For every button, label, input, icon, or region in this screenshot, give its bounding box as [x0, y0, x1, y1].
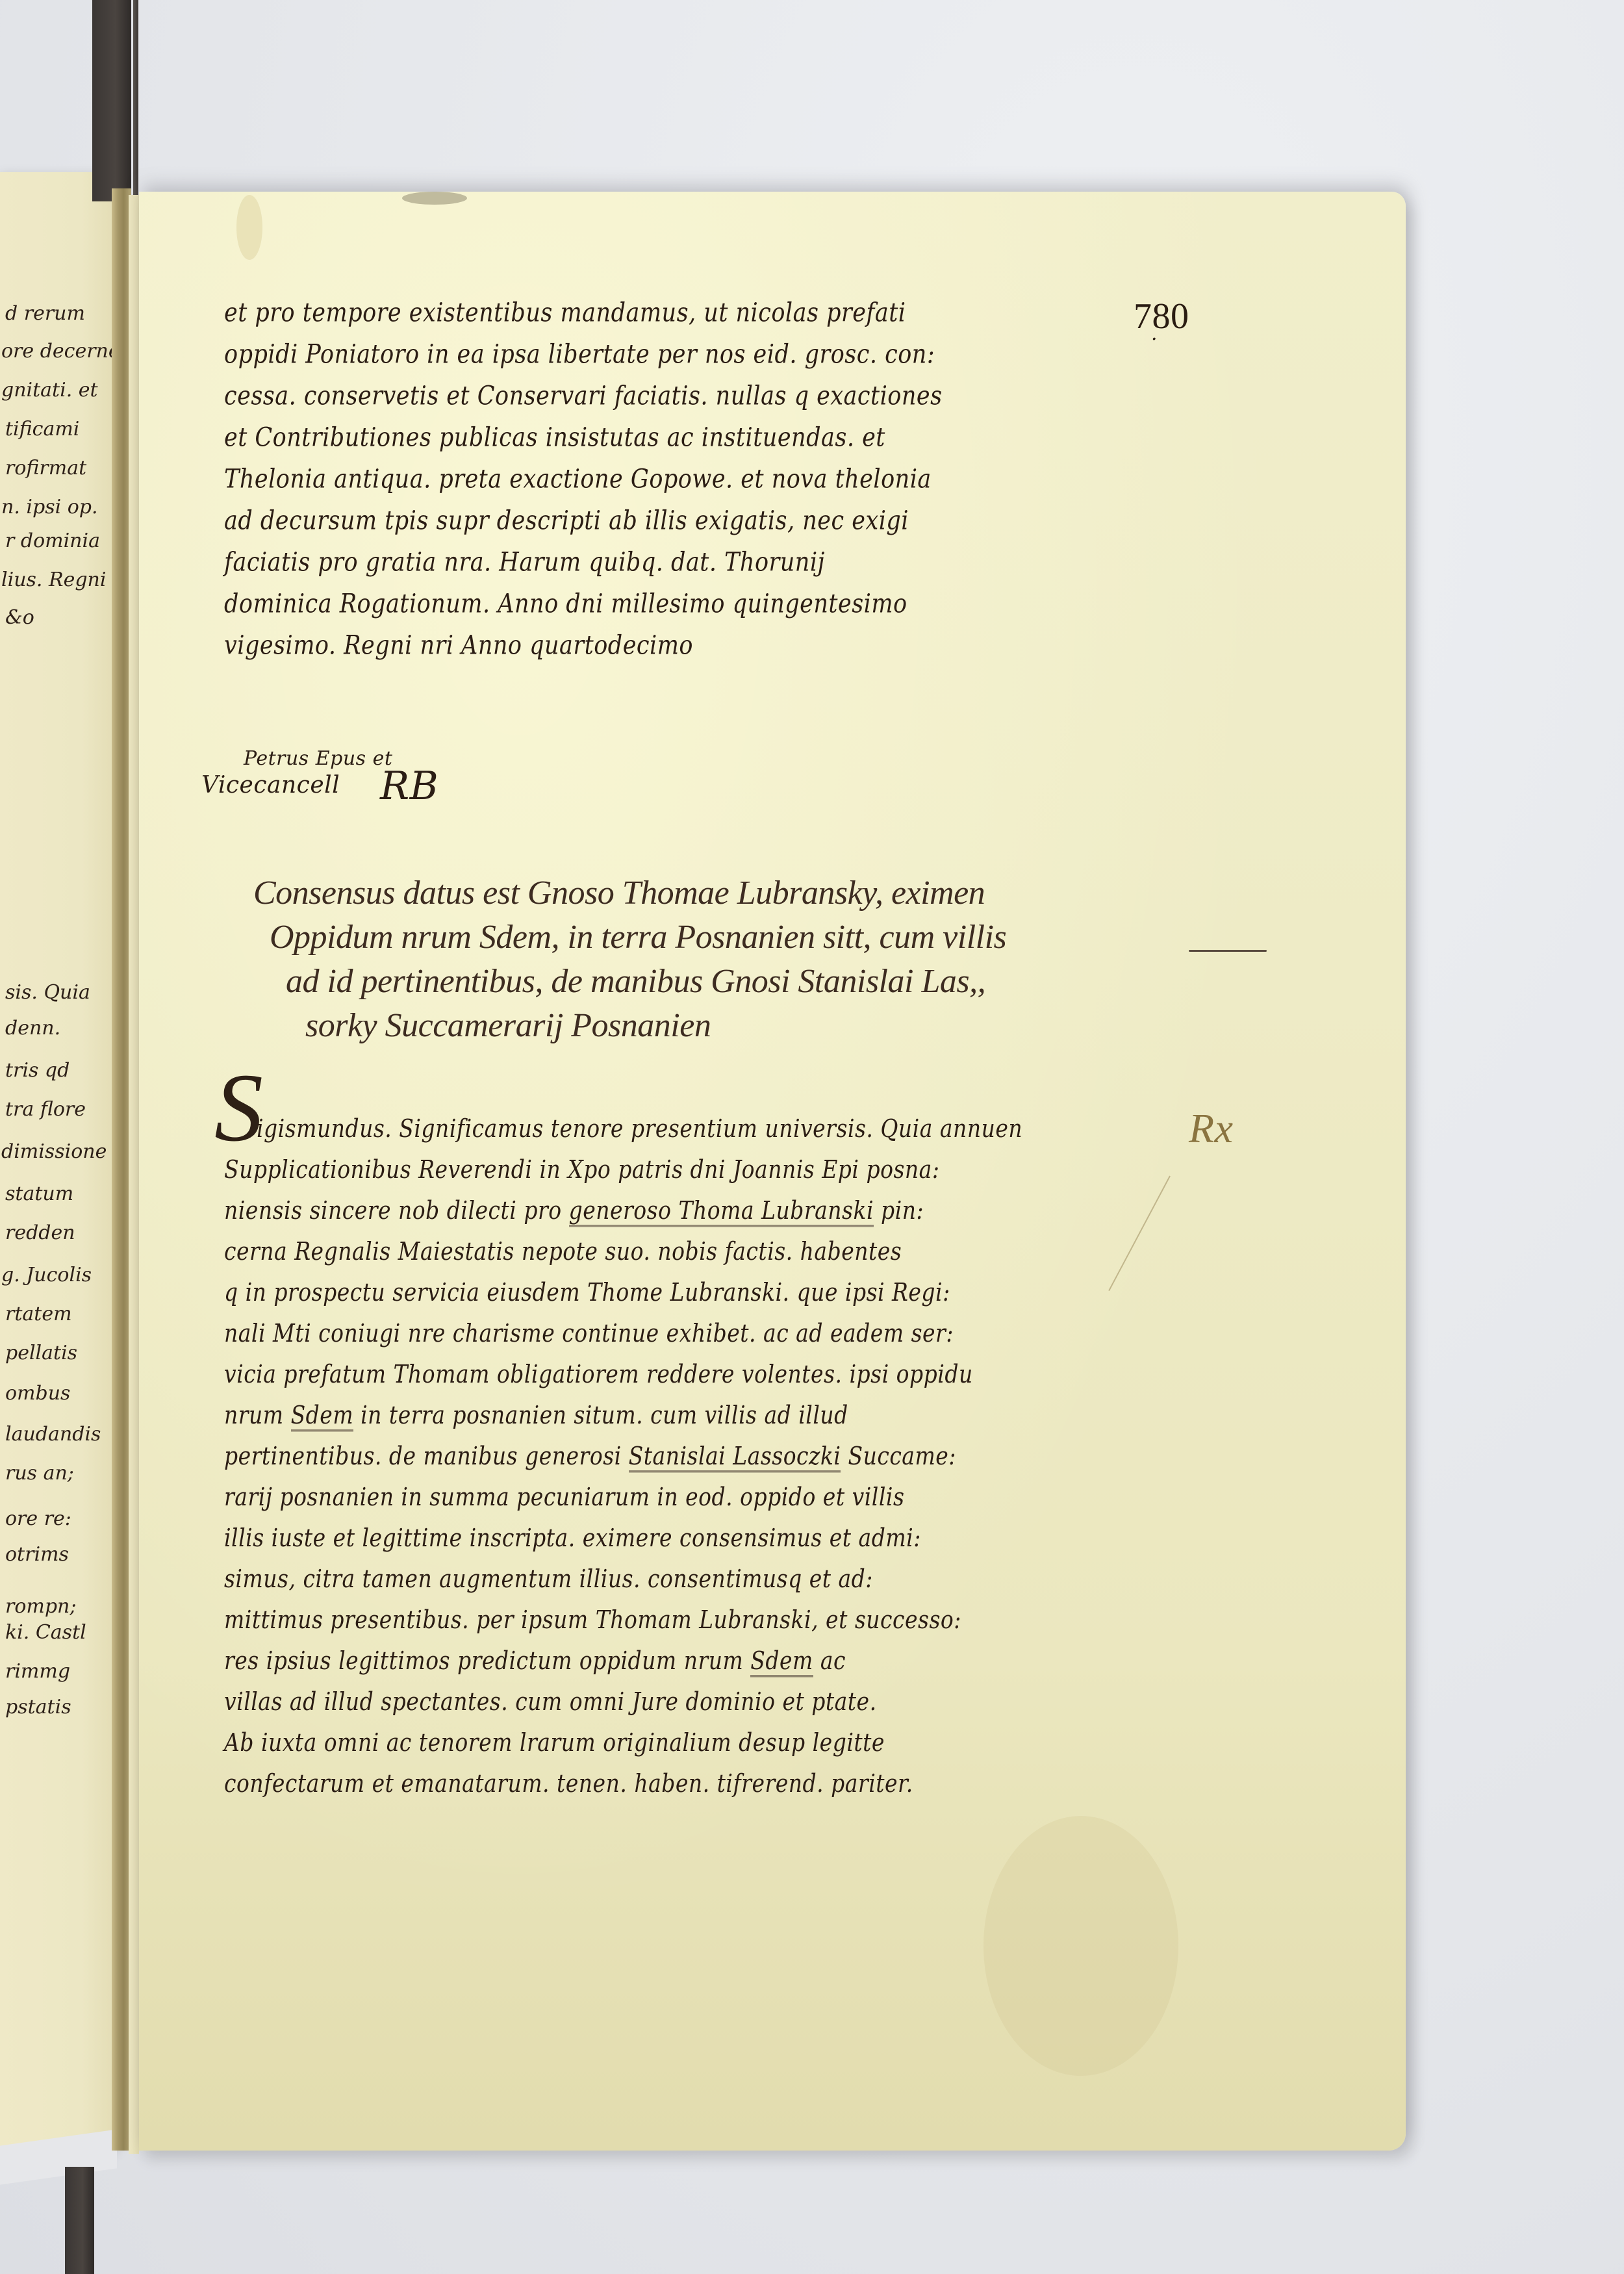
margin-text-line: tificami — [5, 418, 79, 441]
margin-text-line: ki. Castl — [5, 1621, 86, 1644]
margin-text-line: statum — [5, 1182, 73, 1205]
text-line: illis iuste et legittime inscripta. exim… — [224, 1523, 921, 1552]
text-line: simus, citra tamen augmentum illius. con… — [224, 1564, 873, 1593]
margin-text-line: rtatem — [5, 1303, 72, 1325]
margin-text-line: ombus — [5, 1382, 70, 1405]
text-line: vicia prefatum Thomam obligatiorem redde… — [224, 1359, 973, 1388]
gutter-strip — [133, 0, 138, 195]
margin-text-line: rimmg — [5, 1660, 70, 1683]
folio-number: 780 — [1134, 296, 1189, 337]
gutter-bottom — [65, 2167, 94, 2274]
text-line: Supplicationibus Reverendi in Xpo patris… — [224, 1155, 939, 1184]
text-line: ad id pertinentibus, de manibus Gnosi St… — [286, 962, 985, 1001]
margin-text-line: &o — [5, 606, 34, 629]
margin-text-line: r dominia — [5, 530, 100, 552]
text-line: Thelonia antiqua. preta exactione Gopowe… — [224, 465, 932, 494]
foxing — [983, 1816, 1178, 2076]
margin-text-line: denn. — [5, 1017, 60, 1040]
edge-stain — [402, 192, 467, 205]
underlined-name: generoso Thoma Lubranski — [569, 1195, 874, 1227]
spine-inner-edge — [129, 195, 139, 2154]
text-line: cessa. conservetis et Conservari faciati… — [224, 381, 943, 411]
text-line: nali Mti coniugi nre charisme continue e… — [224, 1318, 954, 1348]
text-line: niensis sincere nob dilecti pro generoso… — [224, 1195, 924, 1225]
text-line: Ab iuxta omni ac tenorem lrarum original… — [224, 1728, 885, 1757]
text-line: cerna Regnalis Maiestatis nepote suo. no… — [224, 1236, 902, 1266]
text-line: res ipsius legittimos predictum oppidum … — [224, 1646, 846, 1675]
text-line: dominica Rogationum. Anno dni millesimo … — [224, 589, 907, 619]
margin-text-line: g. Jucolis — [1, 1264, 92, 1286]
margin-text-line: dimissione — [1, 1140, 107, 1163]
margin-text-line: rus an; — [5, 1462, 74, 1485]
margin-text-line: tris qd — [5, 1059, 70, 1082]
margin-text-line: rofirmat — [5, 457, 86, 479]
text-line: et pro tempore existentibus mandamus, ut… — [224, 298, 906, 328]
text-line: sorky Succamerarij Posnanien — [305, 1006, 711, 1045]
margin-text-line: otrims — [5, 1543, 69, 1566]
signature-mark: RB — [380, 763, 438, 809]
text-line: igismundus. Significamus tenore presenti… — [257, 1114, 1022, 1143]
margin-text-line: laudandis — [5, 1423, 101, 1446]
margin-text-line: ore decernet — [1, 340, 128, 363]
text-line: confectarum et emanatarum. tenen. haben.… — [224, 1769, 913, 1798]
margin-text-line: rompn; — [5, 1595, 76, 1618]
margin-text-line: sis. Quia — [5, 981, 90, 1004]
text-line: pertinentibus. de manibus generosi Stani… — [224, 1441, 956, 1470]
signature-line-2: Vicecancell — [201, 772, 340, 798]
margin-text-line: d rerum — [5, 302, 85, 325]
margin-text-line: ore re: — [5, 1507, 71, 1530]
text-line: nrum Sdem in terra posnanien situm. cum … — [224, 1400, 848, 1429]
margin-text-line: redden — [5, 1221, 75, 1244]
text-line: faciatis pro gratia nra. Harum quibq. da… — [224, 548, 825, 578]
signature-line-1: Petrus Epus et — [244, 747, 392, 770]
text-line: et Contributiones publicas insistutas ac… — [224, 423, 885, 453]
text-line: Consensus datus est Gnoso Thomae Lubrans… — [253, 874, 985, 912]
text-line: vigesimo. Regni nri Anno quartodecimo — [224, 631, 693, 661]
left-page: d rerumore decernetgnitati. ettificamiro… — [0, 172, 117, 2147]
text-line: mittimus presentibus. per ipsum Thomam L… — [224, 1605, 961, 1634]
margin-dash — [1189, 950, 1267, 952]
underlined-name: Sdem — [291, 1400, 354, 1431]
margin-text-line: lius. Regni — [1, 568, 106, 591]
margin-text-line: tra flore — [5, 1098, 86, 1121]
text-line: villas ad illud spectantes. cum omni Jur… — [224, 1687, 877, 1716]
water-stain — [236, 195, 262, 260]
text-line: ad decursum tpis supr descripti ab illis… — [224, 506, 909, 536]
margin-annotation: Rx — [1189, 1105, 1234, 1153]
underlined-name: Stanislai Lassoczki — [629, 1441, 841, 1472]
gutter-top — [92, 0, 131, 201]
margin-text-line: gnitati. et — [1, 379, 98, 402]
margin-text-line: n. ipsi op. — [1, 496, 98, 518]
text-line: q in prospectu servicia eiusdem Thome Lu… — [224, 1277, 950, 1307]
decorated-initial: S — [214, 1059, 263, 1156]
margin-text-line: pstatis — [5, 1696, 71, 1718]
folio-dot: · — [1151, 328, 1158, 351]
margin-text-line: pellatis — [5, 1342, 77, 1364]
text-line: Oppidum nrum Sdem, in terra Posnanien si… — [270, 918, 1006, 956]
text-line: oppidi Poniatoro in ea ipsa libertate pe… — [224, 340, 935, 370]
underlined-name: Sdem — [750, 1646, 813, 1677]
text-line: rarij posnanien in summa pecuniarum in e… — [224, 1482, 904, 1511]
